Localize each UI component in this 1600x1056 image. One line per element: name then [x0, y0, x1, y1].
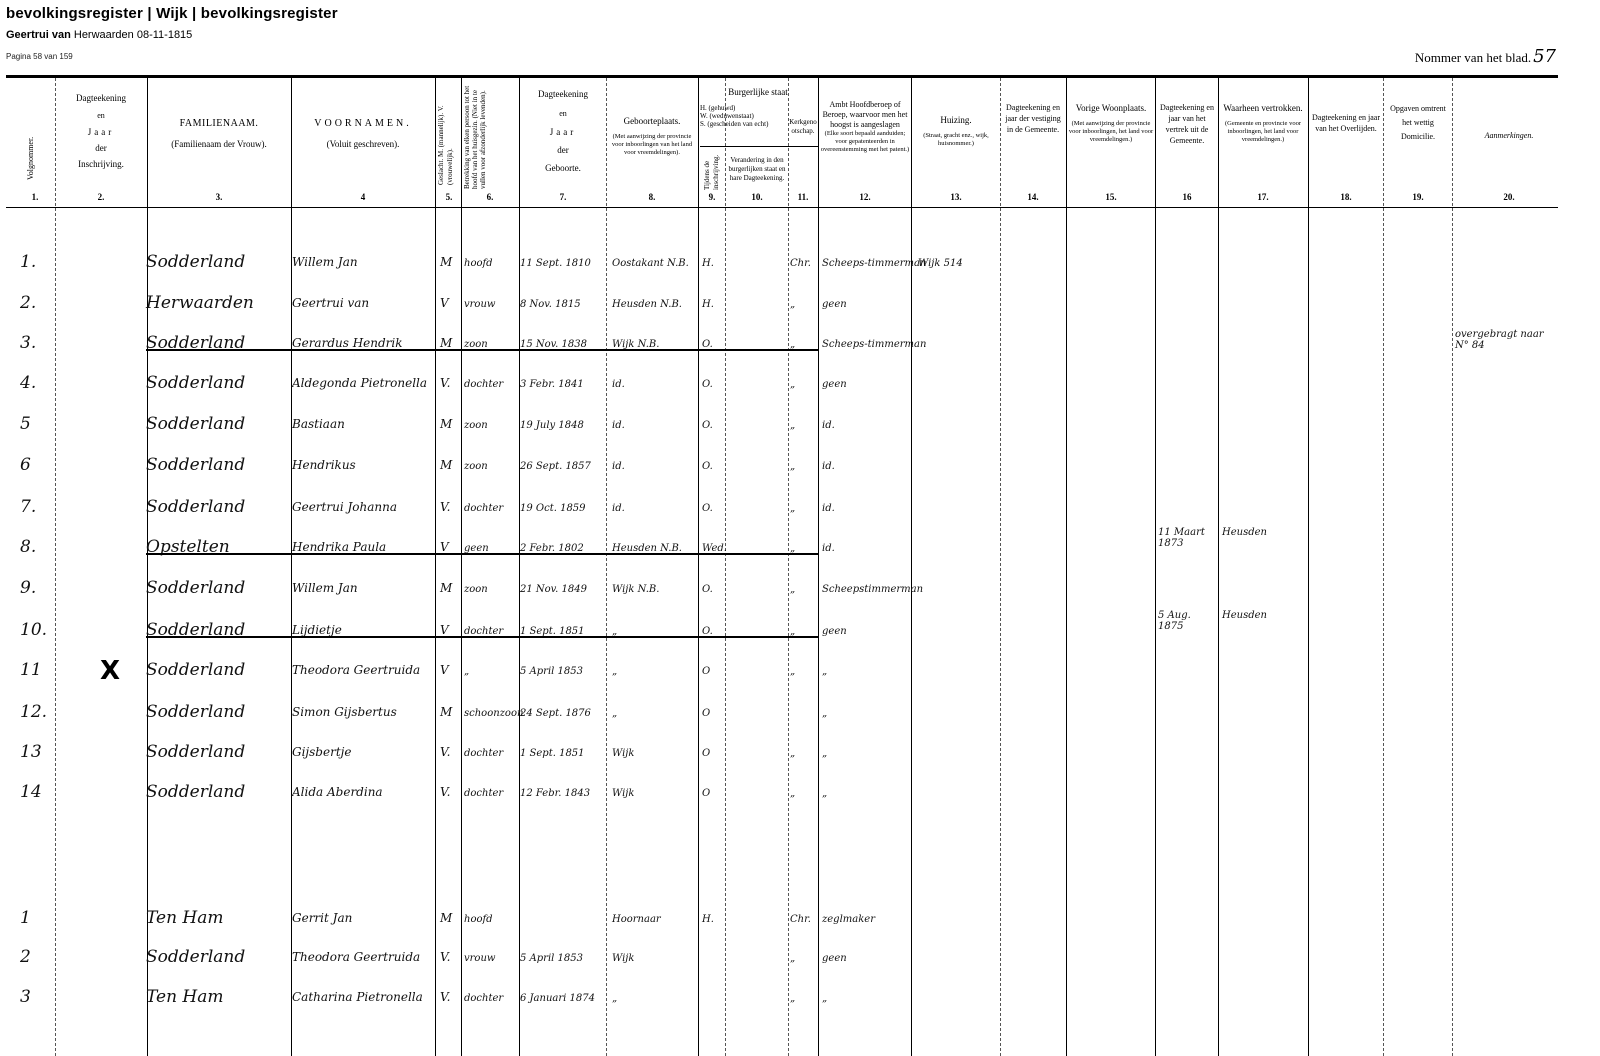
- cell-betrekking: dochter: [464, 748, 503, 759]
- cell-beroep: Scheepstimmerman: [822, 584, 923, 595]
- cell-waarheen: Heusden: [1222, 527, 1282, 538]
- header-sub: (Voluit geschreven).: [293, 138, 433, 150]
- header-sub: (Straat, gracht enz., wijk, huisnommer.): [913, 132, 999, 148]
- header-geslacht: Geslacht. M. (mannelijk). V. (vrouwelijk…: [437, 90, 459, 185]
- document-title: bevolkingsregister | Wijk | bevolkingsre…: [6, 5, 338, 22]
- cell-geslacht: M: [440, 417, 452, 431]
- cell-voornamen: Geertrui Johanna: [292, 500, 397, 514]
- header-title: Huizing.: [913, 114, 999, 126]
- column-number: 20.: [1454, 192, 1564, 202]
- cell-kerk: Chr.: [790, 258, 811, 269]
- col-divider: [1218, 78, 1219, 1056]
- cell-nr: 1.: [20, 252, 36, 272]
- cell-kerk: „: [790, 461, 795, 472]
- header-title: VOORNAMEN.: [293, 118, 433, 130]
- column-number: 8.: [608, 192, 696, 202]
- column-number: 3.: [149, 192, 289, 202]
- cell-beroep: Scheeps-timmerman: [822, 258, 926, 269]
- cell-beroep: „: [822, 993, 827, 1004]
- col-divider: [788, 78, 790, 1056]
- cell-betrekking: dochter: [464, 788, 503, 799]
- cell-nr: 6: [20, 455, 31, 475]
- cell-voornamen: Catharina Pietronella: [292, 990, 423, 1004]
- cell-geboorteplaats: Wijk N.B.: [612, 584, 659, 595]
- cell-geboorte: 5 April 1853: [520, 953, 583, 964]
- col-divider: [55, 78, 57, 1056]
- cell-geslacht: V: [440, 540, 449, 554]
- cell-voornamen: Willem Jan: [292, 255, 358, 269]
- cell-beroep: id.: [822, 503, 835, 514]
- column-number: 18.: [1310, 192, 1382, 202]
- header-sub: (Elke soort bepaald aanduiden; voor gepa…: [820, 130, 910, 154]
- cell-betrekking: zoon: [464, 420, 488, 431]
- cell-geslacht: V.: [440, 745, 450, 759]
- cell-nr: 2: [20, 947, 31, 967]
- header-group-title: Burgerlijke staat: [700, 86, 816, 98]
- cell-voornamen: Gerardus Hendrik: [292, 336, 403, 350]
- cell-staat: O: [702, 748, 710, 759]
- cell-geslacht: M: [440, 581, 452, 595]
- cell-beroep: „: [822, 748, 827, 759]
- cell-geslacht: V: [440, 663, 449, 677]
- cell-staat: O.: [702, 379, 713, 390]
- cell-geboorte: 11 Sept. 1810: [520, 258, 591, 269]
- header-kerkgenootschap: Kerkgenootschap.: [789, 118, 817, 136]
- header-geboorte: Dagteekening en Jaar der Geboorte.: [521, 82, 605, 174]
- cell-voornamen: Aldegonda Pietronella: [292, 376, 427, 390]
- strikethrough-line: [146, 349, 818, 351]
- cell-geslacht: V.: [440, 785, 450, 799]
- cell-familienaam: Sodderland: [146, 578, 245, 598]
- sheet-label: Nommer van het blad.: [1415, 50, 1531, 65]
- cell-betrekking: schoonzoon: [464, 708, 523, 719]
- header-aanmerkingen: Aanmerkingen.: [1454, 130, 1564, 142]
- col-divider: [698, 78, 699, 1056]
- cell-betrekking: hoofd: [464, 258, 493, 269]
- cell-kerk: „: [790, 584, 795, 595]
- cell-geboorte: 8 Nov. 1815: [520, 299, 581, 310]
- column-number: 19.: [1385, 192, 1451, 202]
- column-number: 1.: [20, 192, 50, 202]
- header-sub: (Met aanwijzing der provincie voor inboo…: [1068, 120, 1154, 144]
- cell-nr: 11: [20, 660, 42, 680]
- column-number: 9.: [700, 192, 724, 202]
- cell-nr: 4.: [20, 373, 36, 393]
- header-title: Waarheen vertrokken.: [1220, 102, 1306, 114]
- cell-geboorteplaats: „: [612, 993, 617, 1004]
- cell-familienaam: Sodderland: [146, 947, 245, 967]
- cell-beroep: id.: [822, 461, 835, 472]
- cell-geboorteplaats: „: [612, 666, 617, 677]
- cell-nr: 7.: [20, 497, 36, 517]
- cell-geslacht: V.: [440, 500, 450, 514]
- cell-geboorte: 6 Januari 1874: [520, 993, 595, 1004]
- header-sub: (Gemeente en provincie voor inboorlingen…: [1220, 120, 1306, 144]
- cell-nr: 9.: [20, 578, 36, 598]
- cell-geboorteplaats: Heusden N.B.: [612, 299, 682, 310]
- cell-geboorte: 5 April 1853: [520, 666, 583, 677]
- cell-nr: 5: [20, 414, 31, 434]
- column-number: 5.: [437, 192, 461, 202]
- sheet-number-value: 57: [1533, 46, 1556, 67]
- cell-familienaam: Ten Ham: [146, 908, 224, 928]
- cell-kerk: „: [790, 993, 795, 1004]
- column-number: 16: [1157, 192, 1217, 202]
- cell-voornamen: Gijsbertje: [292, 745, 351, 759]
- strikethrough-line: [146, 553, 818, 555]
- cell-voornamen: Bastiaan: [292, 417, 345, 431]
- cell-kerk: „: [790, 788, 795, 799]
- cell-geboorteplaats: „: [612, 708, 617, 719]
- cell-nr: 1: [20, 908, 31, 928]
- cell-geslacht: V.: [440, 990, 450, 1004]
- header-title: Geslacht.: [437, 159, 445, 185]
- cell-aanmerking: overgebragt naar N° 84: [1455, 329, 1560, 351]
- column-number: 6.: [463, 192, 517, 202]
- header-rule: [6, 207, 1558, 208]
- cell-familienaam: Sodderland: [146, 702, 245, 722]
- cell-geboorteplaats: Oostakant N.B.: [612, 258, 689, 269]
- cell-nr: 2.: [20, 293, 36, 313]
- col-divider: [1066, 78, 1067, 1056]
- cell-voornamen: Hendrikus: [292, 458, 356, 472]
- header-betrekking: Betrekking van elken persoon tot het hoo…: [463, 84, 517, 189]
- cell-staat: O: [702, 666, 710, 677]
- cell-beroep: geen: [822, 379, 847, 390]
- column-number: 12.: [820, 192, 910, 202]
- header-inschrijving: Dagteekening en Jaar der Inschrijving.: [57, 82, 145, 170]
- column-number: 10.: [727, 192, 787, 202]
- subtitle-rest: Herwaarden 08-11-1815: [71, 29, 192, 41]
- cell-waarheen: Heusden: [1222, 610, 1282, 621]
- header-volgnommer: Volgnommer.: [26, 120, 35, 180]
- cell-vertrek: 5 Aug. 1875: [1158, 610, 1218, 632]
- cell-vertrek: 11 Maart 1873: [1158, 527, 1218, 549]
- cell-geboorte: 21 Nov. 1849: [520, 584, 587, 595]
- header-vestiging: Dagteekening en jaar der vestiging in de…: [1002, 102, 1064, 135]
- header-line: en: [57, 110, 145, 122]
- cell-voornamen: Geertrui van: [292, 296, 369, 310]
- cell-nr: 8.: [20, 537, 36, 557]
- cell-familienaam: Sodderland: [146, 660, 245, 680]
- col-divider: [1000, 78, 1002, 1056]
- header-voornamen: VOORNAMEN. (Voluit geschreven).: [293, 118, 433, 150]
- cell-staat: O.: [702, 461, 713, 472]
- cell-nr: 12.: [20, 702, 47, 722]
- header-line: Jaar: [521, 126, 605, 138]
- cell-geboorte: 1 Sept. 1851: [520, 748, 585, 759]
- cell-voornamen: Willem Jan: [292, 581, 358, 595]
- cell-betrekking: „: [464, 666, 469, 677]
- header-beroep: Ambt Hoofdberoep of Beroep, waarvoor men…: [820, 100, 910, 154]
- cell-kerk: Chr.: [790, 914, 811, 925]
- header-line: Jaar: [57, 126, 145, 138]
- header-line: der: [57, 142, 145, 154]
- col-divider: [1308, 78, 1309, 1056]
- col-divider: [1155, 78, 1156, 1056]
- cell-beroep: „: [822, 788, 827, 799]
- cell-familienaam: Sodderland: [146, 742, 245, 762]
- cell-geboorteplaats: Hoornaar: [612, 914, 661, 925]
- sheet-number: Nommer van het blad.57: [1415, 46, 1556, 67]
- cell-geboorte: 19 July 1848: [520, 420, 584, 431]
- cell-beroep: „: [822, 708, 827, 719]
- cell-beroep: id.: [822, 543, 835, 554]
- cell-staat: O.: [702, 503, 713, 514]
- cell-mark: X: [100, 656, 120, 686]
- cell-kerk: „: [790, 666, 795, 677]
- cell-kerk: „: [790, 953, 795, 964]
- header-vorige-woonplaats: Vorige Woonplaats. (Met aanwijzing der p…: [1068, 102, 1154, 144]
- column-number: 13.: [913, 192, 999, 202]
- cell-geboorte: 19 Oct. 1859: [520, 503, 586, 514]
- header-title: Dagteekening: [521, 88, 605, 100]
- cell-nr: 13: [20, 742, 42, 762]
- cell-beroep: Scheeps-timmerman: [822, 339, 926, 350]
- cell-kerk: „: [790, 420, 795, 431]
- cell-geslacht: M: [440, 911, 452, 925]
- header-overlijden: Dagteekening en jaar van het Overlijden.: [1310, 112, 1382, 134]
- col-divider: [1383, 78, 1385, 1056]
- cell-staat: H.: [702, 299, 714, 310]
- cell-geboorteplaats: Wijk: [612, 953, 634, 964]
- column-number: 2.: [57, 192, 145, 202]
- cell-geboorte: 12 Febr. 1843: [520, 788, 590, 799]
- column-number: 11.: [789, 192, 817, 202]
- cell-geslacht: V.: [440, 950, 450, 964]
- page-indicator: Pagina 58 van 159: [6, 52, 73, 61]
- cell-geslacht: M: [440, 705, 452, 719]
- header-line: Inschrijving.: [57, 158, 145, 170]
- cell-geslacht: V: [440, 623, 449, 637]
- cell-geboorteplaats: Wijk: [612, 748, 634, 759]
- cell-beroep: geen: [822, 953, 847, 964]
- col-divider: [435, 78, 436, 1056]
- cell-geboorteplaats: id.: [612, 461, 625, 472]
- cell-voornamen: Gerrit Jan: [292, 911, 352, 925]
- column-number: 4: [293, 192, 433, 202]
- column-number: 17.: [1220, 192, 1306, 202]
- cell-betrekking: dochter: [464, 993, 503, 1004]
- cell-kerk: „: [790, 379, 795, 390]
- column-number: 7.: [521, 192, 605, 202]
- header-domicilie: Opgaven omtrent het wettig Domicilie.: [1385, 102, 1451, 144]
- header-title: Ambt Hoofdberoep of Beroep, waarvoor men…: [820, 100, 910, 130]
- cell-familienaam: Sodderland: [146, 455, 245, 475]
- column-number: 15.: [1068, 192, 1154, 202]
- cell-staat: H.: [702, 914, 714, 925]
- cell-geboorteplaats: Wijk: [612, 788, 634, 799]
- cell-staat: O.: [702, 420, 713, 431]
- cell-beroep: geen: [822, 626, 847, 637]
- cell-voornamen: Simon Gijsbertus: [292, 705, 397, 719]
- col-divider: [818, 78, 819, 1056]
- cell-kerk: „: [790, 503, 795, 514]
- cell-familienaam: Ten Ham: [146, 987, 224, 1007]
- cell-betrekking: dochter: [464, 503, 503, 514]
- cell-familienaam: Sodderland: [146, 497, 245, 517]
- cell-betrekking: vrouw: [464, 299, 495, 310]
- col-divider: [725, 78, 727, 1056]
- header-line: Geboorte.: [521, 162, 605, 174]
- cell-geboorte: 26 Sept. 1857: [520, 461, 591, 472]
- cell-geslacht: V.: [440, 376, 450, 390]
- header-huizing: Huizing. (Straat, gracht enz., wijk, hui…: [913, 114, 999, 148]
- header-line: der: [521, 144, 605, 156]
- cell-betrekking: vrouw: [464, 953, 495, 964]
- col-divider: [519, 78, 520, 1056]
- cell-staat: H.: [702, 258, 714, 269]
- header-familienaam: FAMILIENAAM. (Familienaam der Vrouw).: [149, 118, 289, 150]
- cell-betrekking: dochter: [464, 379, 503, 390]
- col-divider: [461, 78, 462, 1056]
- cell-voornamen: Hendrika Paula: [292, 540, 386, 554]
- header-title: Geboorteplaats.: [608, 115, 696, 127]
- header-line: en: [521, 108, 605, 120]
- header-title: FAMILIENAAM.: [149, 118, 289, 130]
- col-divider: [291, 78, 292, 1056]
- strikethrough-line: [146, 636, 818, 638]
- cell-kerk: „: [790, 299, 795, 310]
- header-sub: (Familienaam der Vrouw).: [149, 138, 289, 150]
- cell-familienaam: Sodderland: [146, 373, 245, 393]
- cell-beroep: zeglmaker: [822, 914, 875, 925]
- cell-geslacht: M: [440, 336, 452, 350]
- cell-voornamen: Theodora Geertruida: [292, 950, 420, 964]
- header-geboorteplaats: Geboorteplaats. (Met aanwijzing der prov…: [608, 115, 696, 157]
- header-title: Vorige Woonplaats.: [1068, 102, 1154, 114]
- cell-betrekking: zoon: [464, 461, 488, 472]
- header-sub: (Met aanwijzing der provincie voor inboo…: [608, 133, 696, 157]
- header-waarheen: Waarheen vertrokken. (Gemeente en provin…: [1220, 102, 1306, 144]
- cell-staat: O: [702, 788, 710, 799]
- header-title: Dagteekening: [57, 92, 145, 104]
- header-tijdens-inschrijving: Tijdens de inschrijving.: [703, 152, 723, 190]
- cell-staat: O.: [702, 584, 713, 595]
- cell-familienaam: Sodderland: [146, 782, 245, 802]
- cell-beroep: geen: [822, 299, 847, 310]
- cell-familienaam: Herwaarden: [146, 293, 254, 313]
- cell-betrekking: zoon: [464, 584, 488, 595]
- cell-voornamen: Alida Aberdina: [292, 785, 383, 799]
- cell-beroep: „: [822, 666, 827, 677]
- header-verandering: Verandering in den burgerlijken staat en…: [727, 156, 787, 183]
- col-divider: [606, 78, 608, 1056]
- col-divider: [911, 78, 912, 1056]
- cell-betrekking: hoofd: [464, 914, 493, 925]
- cell-geslacht: V: [440, 296, 449, 310]
- cell-geslacht: M: [440, 458, 452, 472]
- cell-geboorteplaats: id.: [612, 503, 625, 514]
- col-divider: [1452, 78, 1454, 1056]
- cell-kerk: „: [790, 748, 795, 759]
- document-subtitle: Geertrui van Herwaarden 08-11-1815: [6, 29, 192, 41]
- cell-geboorteplaats: id.: [612, 379, 625, 390]
- legend-item: H. (gehuwd): [700, 104, 816, 112]
- top-rule: [6, 75, 1558, 78]
- subtitle-person: Geertrui van: [6, 29, 71, 41]
- header-title: Kerkgenootschap.: [789, 118, 817, 136]
- cell-staat: O: [702, 708, 710, 719]
- cell-huizing: Wijk 514: [918, 258, 963, 269]
- cell-voornamen: Lijdietje: [292, 623, 342, 637]
- cell-familienaam: Sodderland: [146, 414, 245, 434]
- column-number: 14.: [1002, 192, 1064, 202]
- cell-familienaam: Sodderland: [146, 252, 245, 272]
- cell-beroep: id.: [822, 420, 835, 431]
- cell-nr: 3: [20, 987, 31, 1007]
- cell-geboorte: 24 Sept. 1876: [520, 708, 591, 719]
- cell-geboorte: 3 Febr. 1841: [520, 379, 584, 390]
- cell-geslacht: M: [440, 255, 452, 269]
- cell-nr: 3.: [20, 333, 36, 353]
- header-subrule: [700, 146, 818, 147]
- cell-voornamen: Theodora Geertruida: [292, 663, 420, 677]
- header-vertrek: Dagteekening en jaar van het vertrek uit…: [1157, 102, 1217, 146]
- cell-nr: 14: [20, 782, 42, 802]
- cell-nr: 10.: [20, 620, 47, 640]
- cell-geboorteplaats: id.: [612, 420, 625, 431]
